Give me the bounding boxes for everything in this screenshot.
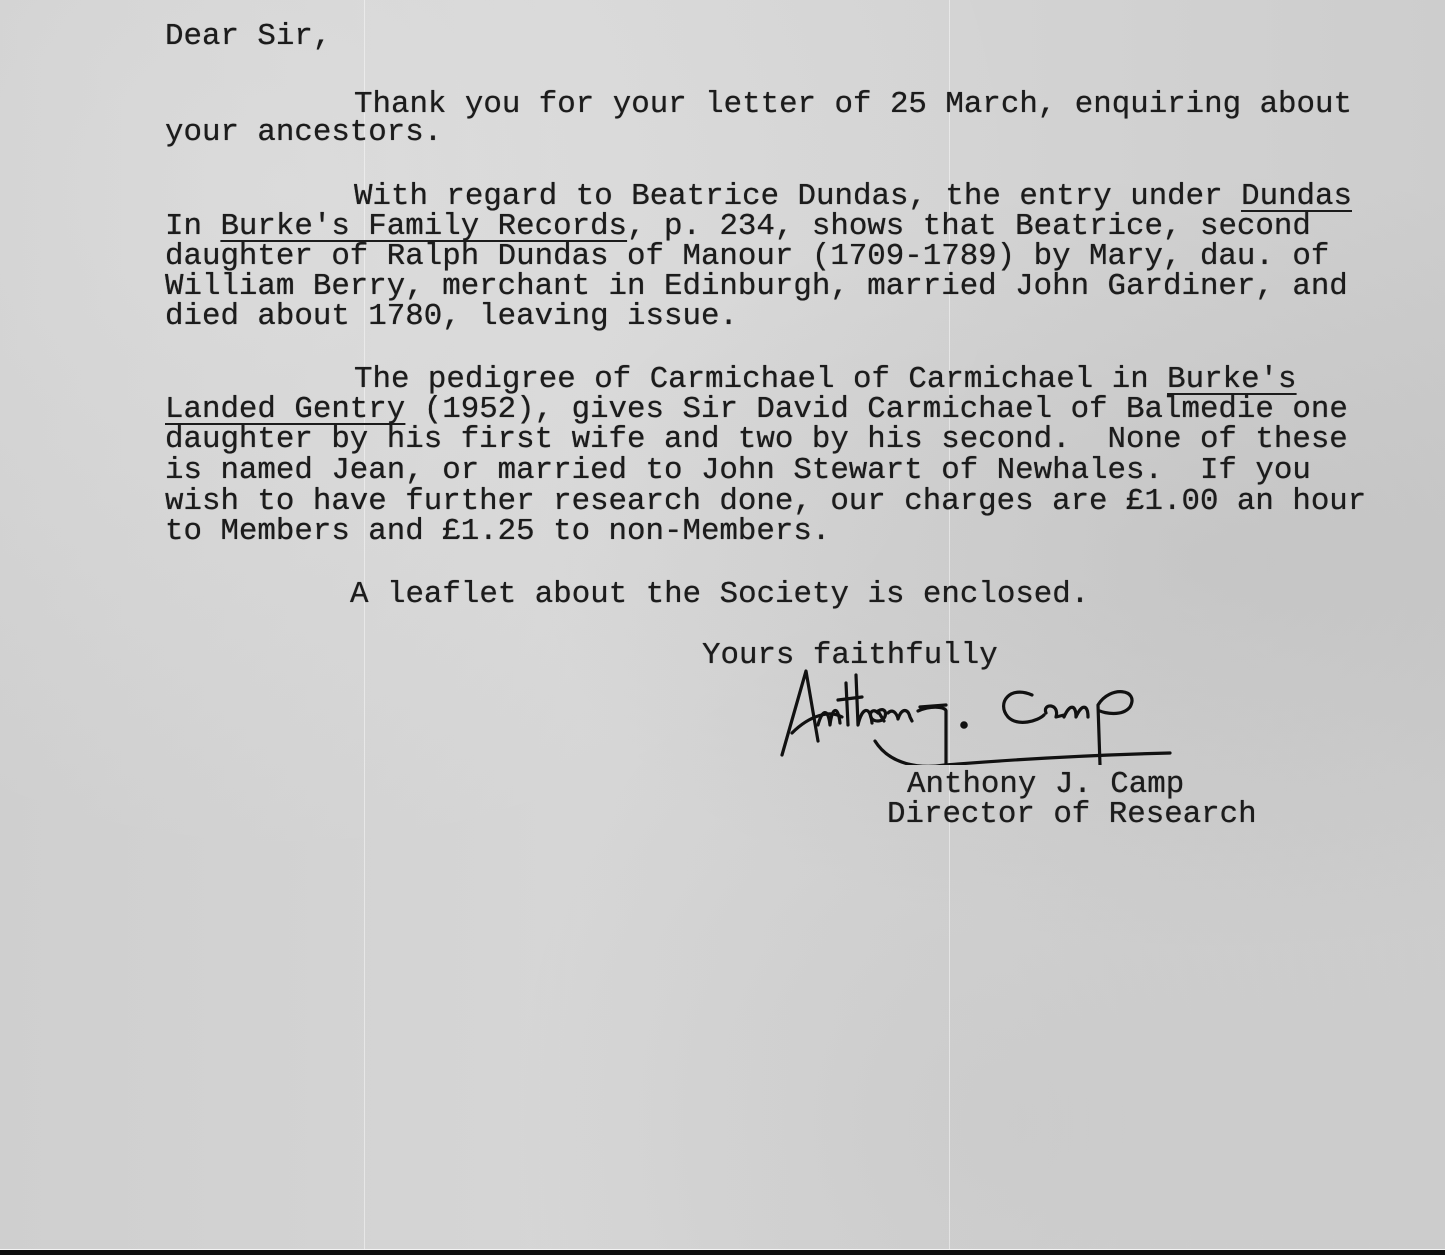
scan-bottom-edge — [0, 1249, 1445, 1255]
paragraph-2-line-5: died about 1780, leaving issue. — [165, 302, 738, 333]
paragraph-4-line-1: A leaflet about the Society is enclosed. — [350, 580, 1089, 611]
paragraph-3-line-6: to Members and £1.25 to non-Members. — [165, 517, 830, 548]
paragraph-3-line-4: is named Jean, or married to John Stewar… — [165, 456, 1311, 487]
paragraph-3-line-3: daughter by his first wife and two by hi… — [165, 425, 1348, 456]
paragraph-1-line-1: Thank you for your letter of 25 March, e… — [354, 90, 1352, 121]
letter-page: Dear Sir, Thank you for your letter of 2… — [0, 0, 1445, 1249]
paragraph-1-line-2: your ancestors. — [165, 118, 442, 149]
signatory-title: Director of Research — [887, 800, 1257, 831]
handwritten-signature — [770, 655, 1190, 765]
salutation: Dear Sir, — [165, 22, 331, 53]
